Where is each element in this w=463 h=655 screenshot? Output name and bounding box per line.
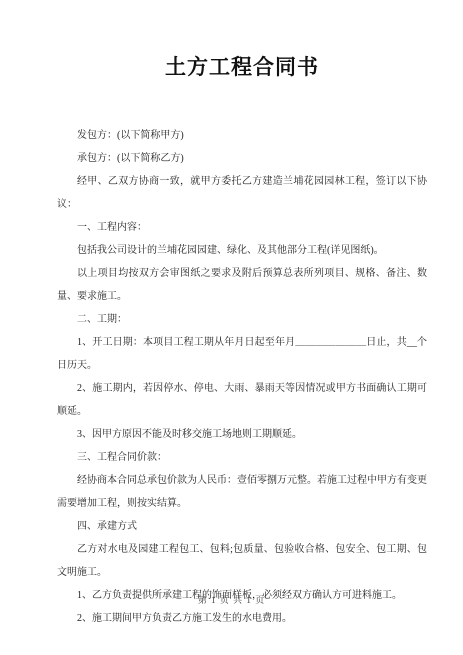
preamble-line: 经甲、乙双方协商一致，就甲方委托乙方建造兰埔花园园林工程，签订以下协议： bbox=[57, 170, 427, 216]
section-3-heading: 三、工程合同价款： bbox=[57, 446, 427, 469]
section-1-heading: 一、工程内容： bbox=[57, 216, 427, 239]
document-title: 土方工程合同书 bbox=[57, 52, 427, 82]
contract-page: 土方工程合同书 发包方：(以下简称甲方) 承包方：(以下简称乙方) 经甲、乙双方… bbox=[0, 0, 463, 655]
section-2-item-3: 3、因甲方原因不能及时移交施工场地则工期顺延。 bbox=[57, 423, 427, 446]
employer-party-line: 发包方：(以下简称甲方) bbox=[57, 124, 427, 147]
section-4-item-scope: 乙方对水电及园建工程包工、包料;包质量、包验收合格、包安全、包工期、包文明施工。 bbox=[57, 538, 427, 584]
section-1-item-scope: 包括我公司设计的兰埔花园园建、绿化、及其他部分工程(详见图纸)。 bbox=[57, 239, 427, 262]
contractor-party-line: 承包方：(以下简称乙方) bbox=[57, 147, 427, 170]
section-2-item-1: 1、开工日期：本项目工程工期从年月日起至年月＿＿＿＿＿＿＿日止，共__个日历天。 bbox=[57, 331, 427, 377]
section-4-item-2: 2、施工期间甲方负责乙方施工发生的水电费用。 bbox=[57, 607, 427, 630]
document-content: 土方工程合同书 发包方：(以下简称甲方) 承包方：(以下简称乙方) 经甲、乙双方… bbox=[57, 52, 427, 630]
section-4-heading: 四、承建方式 bbox=[57, 515, 427, 538]
section-3-item-price: 经协商本合同总承包价款为人民币：壹佰零捌万元整。若施工过程中甲方有变更需要增加工… bbox=[57, 469, 427, 515]
page-footer: 第 1 页 共 1 页 bbox=[0, 593, 463, 606]
section-2-item-2: 2、施工期内，若因停水、停电、大雨、暴雨天等因情况或甲方书面确认工期可顺延。 bbox=[57, 377, 427, 423]
section-1-item-requirements: 以上项目均按双方会审图纸之要求及附后预算总表所列项目、规格、备注、数量、要求施工… bbox=[57, 262, 427, 308]
section-2-heading: 二、工期： bbox=[57, 308, 427, 331]
